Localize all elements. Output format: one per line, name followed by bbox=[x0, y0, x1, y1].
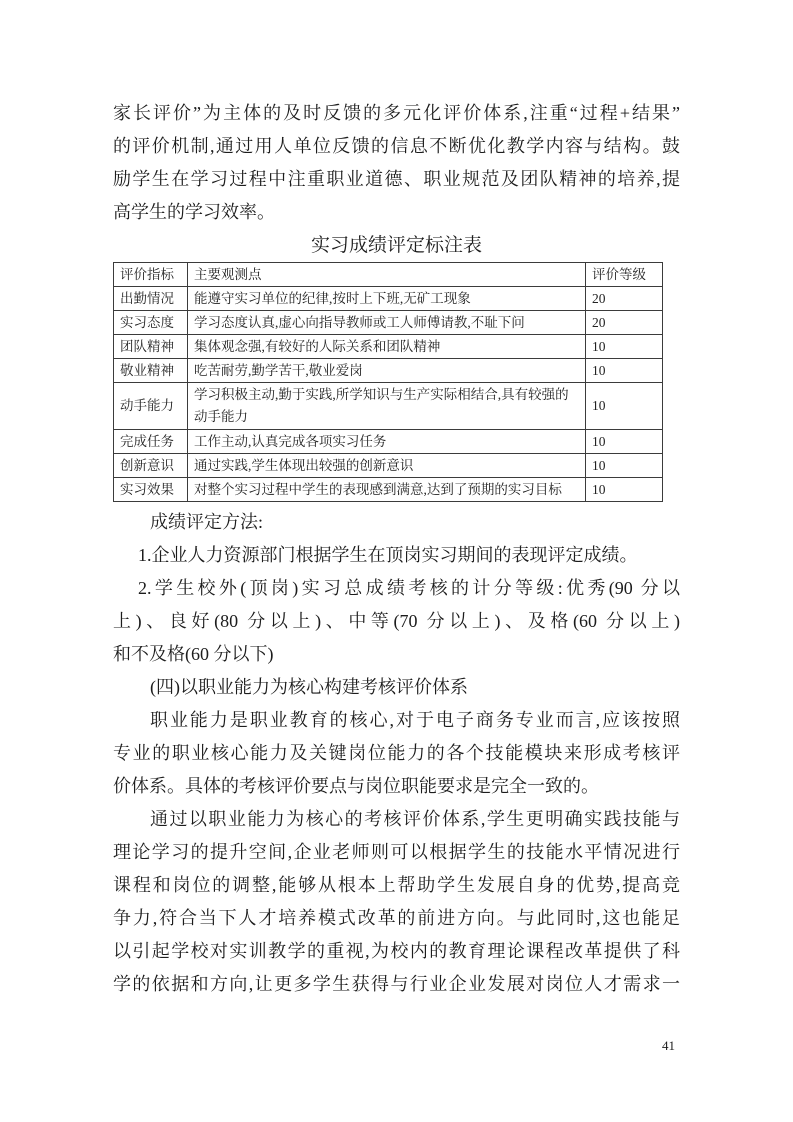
paragraph-line: 学的依据和方向,让更多学生获得与行业企业发展对岗位人才需求一 bbox=[113, 968, 680, 1001]
paragraph-line: 价体系。具体的考核评价要点与岗位职能要求是完全一致的。 bbox=[113, 770, 680, 803]
cell-indicator: 出勤情况 bbox=[114, 287, 188, 311]
cell-observation: 能遵守实习单位的纪律,按时上下班,无矿工现象 bbox=[188, 287, 586, 311]
list-item-2-line: 和不及格(60 分以下) bbox=[113, 638, 680, 671]
document-content: 家长评价”为主体的及时反馈的多元化评价体系,注重“过程+结果” 的评价机制,通过… bbox=[113, 97, 680, 1001]
cell-indicator: 敬业精神 bbox=[114, 359, 188, 383]
cell-grade: 20 bbox=[586, 287, 663, 311]
intro-line: 励学生在学习过程中注重职业道德、职业规范及团队精神的培养,提 bbox=[113, 163, 680, 196]
table-row: 完成任务 工作主动,认真完成各项实习任务 10 bbox=[114, 430, 663, 454]
cell-grade: 10 bbox=[586, 430, 663, 454]
page-number: 41 bbox=[662, 1038, 675, 1054]
intro-paragraph: 家长评价”为主体的及时反馈的多元化评价体系,注重“过程+结果” 的评价机制,通过… bbox=[113, 97, 680, 229]
table-row: 团队精神 集体观念强,有较好的人际关系和团队精神 10 bbox=[114, 335, 663, 359]
evaluation-table: 评价指标 主要观测点 评价等级 出勤情况 能遵守实习单位的纪律,按时上下班,无矿… bbox=[113, 262, 663, 502]
paragraph-line: 专业的职业核心能力及关键岗位能力的各个技能模块来形成考核评 bbox=[113, 737, 680, 770]
paragraph-line: 以引起学校对实训教学的重视,为校内的教育理论课程改革提供了科 bbox=[113, 935, 680, 968]
paragraph-line: 通过以职业能力为核心的考核评价体系,学生更明确实践技能与 bbox=[113, 803, 680, 836]
cell-observation: 吃苦耐劳,勤学苦干,敬业爱岗 bbox=[188, 359, 586, 383]
header-cell-grade: 评价等级 bbox=[586, 263, 663, 287]
cell-indicator: 动手能力 bbox=[114, 383, 188, 430]
header-cell-observation: 主要观测点 bbox=[188, 263, 586, 287]
paragraph-line: 职业能力是职业教育的核心,对于电子商务专业而言,应该按照 bbox=[113, 704, 680, 737]
table-row: 敬业精神 吃苦耐劳,勤学苦干,敬业爱岗 10 bbox=[114, 359, 663, 383]
list-item-1: 1.企业人力资源部门根据学生在顶岗实习期间的表现评定成绩。 bbox=[113, 539, 680, 572]
table-header-row: 评价指标 主要观测点 评价等级 bbox=[114, 263, 663, 287]
intro-line: 高学生的学习效率。 bbox=[113, 196, 680, 229]
table-row: 出勤情况 能遵守实习单位的纪律,按时上下班,无矿工现象 20 bbox=[114, 287, 663, 311]
table-row: 动手能力 学习积极主动,勤于实践,所学知识与生产实际相结合,具有较强的动手能力 … bbox=[114, 383, 663, 430]
list-item-2-line: 2.学生校外(顶岗)实习总成绩考核的计分等级:优秀(90 分以 bbox=[113, 572, 680, 605]
header-cell-indicator: 评价指标 bbox=[114, 263, 188, 287]
cell-indicator: 完成任务 bbox=[114, 430, 188, 454]
list-item-2-line: 上)、良好(80 分以上)、中等(70 分以上)、及格(60 分以上) bbox=[113, 605, 680, 638]
cell-observation: 工作主动,认真完成各项实习任务 bbox=[188, 430, 586, 454]
cell-observation: 集体观念强,有较好的人际关系和团队精神 bbox=[188, 335, 586, 359]
section-heading: (四)以职业能力为核心构建考核评价体系 bbox=[113, 671, 680, 704]
body-text: 成绩评定方法: 1.企业人力资源部门根据学生在顶岗实习期间的表现评定成绩。 2.… bbox=[113, 506, 680, 1001]
method-heading: 成绩评定方法: bbox=[113, 506, 680, 539]
cell-observation: 学习态度认真,虚心向指导教师或工人师傅请教,不耻下问 bbox=[188, 311, 586, 335]
cell-grade: 10 bbox=[586, 383, 663, 430]
table-row: 创新意识 通过实践,学生体现出较强的创新意识 10 bbox=[114, 454, 663, 478]
cell-grade: 10 bbox=[586, 478, 663, 502]
cell-indicator: 实习效果 bbox=[114, 478, 188, 502]
intro-line: 家长评价”为主体的及时反馈的多元化评价体系,注重“过程+结果” bbox=[113, 97, 680, 130]
cell-observation: 对整个实习过程中学生的表现感到满意,达到了预期的实习目标 bbox=[188, 478, 586, 502]
table-row: 实习态度 学习态度认真,虚心向指导教师或工人师傅请教,不耻下问 20 bbox=[114, 311, 663, 335]
cell-grade: 10 bbox=[586, 335, 663, 359]
cell-grade: 20 bbox=[586, 311, 663, 335]
intro-line: 的评价机制,通过用人单位反馈的信息不断优化教学内容与结构。鼓 bbox=[113, 130, 680, 163]
table-row: 实习效果 对整个实习过程中学生的表现感到满意,达到了预期的实习目标 10 bbox=[114, 478, 663, 502]
paragraph-line: 课程和岗位的调整,能够从根本上帮助学生发展自身的优势,提高竞 bbox=[113, 869, 680, 902]
cell-indicator: 团队精神 bbox=[114, 335, 188, 359]
paragraph-line: 理论学习的提升空间,企业老师则可以根据学生的技能水平情况进行 bbox=[113, 836, 680, 869]
table-title: 实习成绩评定标注表 bbox=[113, 229, 680, 262]
cell-grade: 10 bbox=[586, 359, 663, 383]
paragraph-line: 争力,符合当下人才培养模式改革的前进方向。与此同时,这也能足 bbox=[113, 902, 680, 935]
cell-indicator: 创新意识 bbox=[114, 454, 188, 478]
cell-observation: 通过实践,学生体现出较强的创新意识 bbox=[188, 454, 586, 478]
cell-indicator: 实习态度 bbox=[114, 311, 188, 335]
cell-observation: 学习积极主动,勤于实践,所学知识与生产实际相结合,具有较强的动手能力 bbox=[188, 383, 586, 430]
cell-grade: 10 bbox=[586, 454, 663, 478]
